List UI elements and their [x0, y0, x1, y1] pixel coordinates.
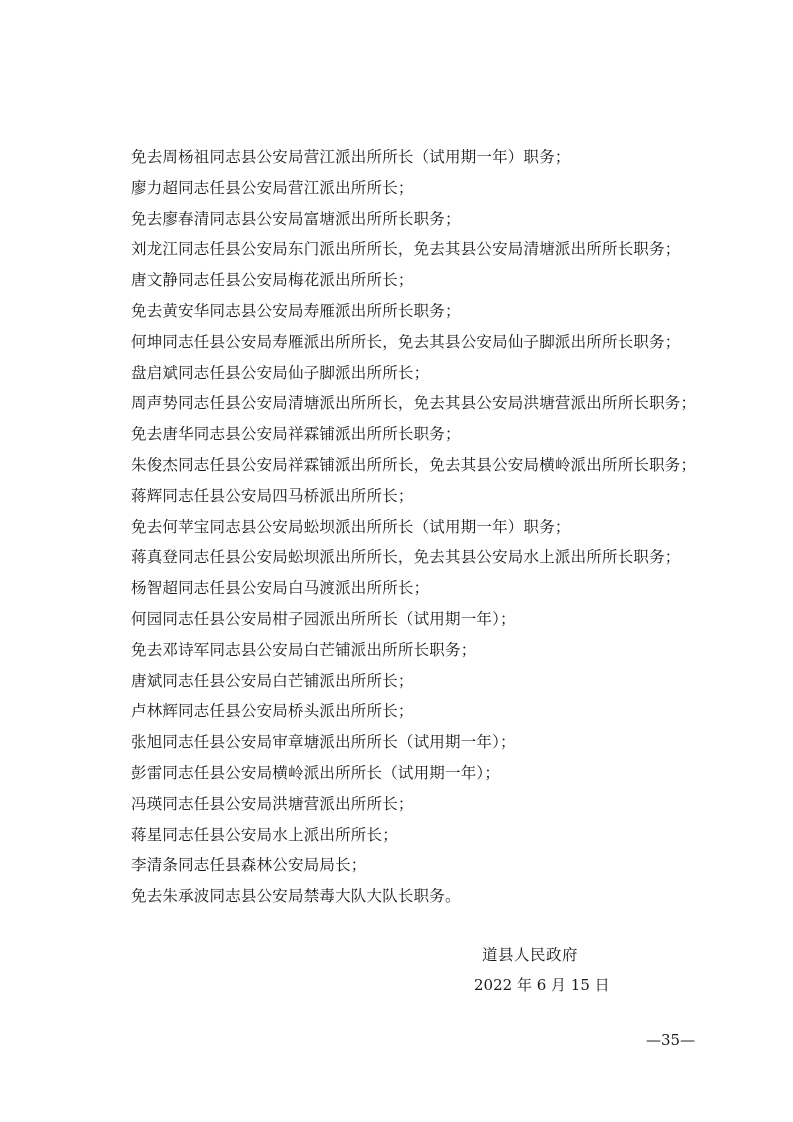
appointment-line: 周声势同志任县公安局清塘派出所所长，免去其县公安局洪塘营派出所所长职务；: [131, 392, 731, 423]
appointment-line: 蒋辉同志任县公安局四马桥派出所所长；: [131, 485, 731, 516]
appointment-line: 刘龙江同志任县公安局东门派出所所长，免去其县公安局清塘派出所所长职务；: [131, 238, 731, 269]
appointment-line: 何园同志任县公安局柑子园派出所所长（试用期一年）；: [131, 608, 731, 639]
appointment-line: 彭雷同志任县公安局横岭派出所所长（试用期一年）；: [131, 762, 731, 793]
appointment-line: 免去唐华同志县公安局祥霖铺派出所所长职务；: [131, 423, 731, 454]
issuer-signature: 道县人民政府: [482, 944, 578, 966]
appointment-line: 张旭同志任县公安局审章塘派出所所长（试用期一年）；: [131, 731, 731, 762]
appointment-line: 免去朱承波同志县公安局禁毒大队大队长职务。: [131, 885, 731, 916]
appointment-line: 唐斌同志任县公安局白芒铺派出所所长；: [131, 670, 731, 701]
appointment-line: 蒋星同志任县公安局水上派出所所长；: [131, 824, 731, 855]
appointment-line: 盘启斌同志任县公安局仙子脚派出所所长；: [131, 362, 731, 393]
appointment-line: 李清条同志任县森林公安局局长；: [131, 854, 731, 885]
appointment-line: 廖力超同志任县公安局营江派出所所长；: [131, 177, 731, 208]
appointment-line: 冯瑛同志任县公安局洪塘营派出所所长；: [131, 793, 731, 824]
appointment-line: 免去黄安华同志县公安局寿雁派出所所长职务；: [131, 300, 731, 331]
appointment-line: 免去周杨祖同志县公安局营江派出所所长（试用期一年）职务；: [131, 146, 731, 177]
appointment-line: 蒋真登同志任县公安局蚣坝派出所所长，免去其县公安局水上派出所所长职务；: [131, 546, 731, 577]
issue-date: 2022 年 6 月 15 日: [474, 974, 610, 996]
appointment-line: 免去何苹宝同志县公安局蚣坝派出所所长（试用期一年）职务；: [131, 516, 731, 547]
appointment-line: 免去廖春清同志县公安局富塘派出所所长职务；: [131, 208, 731, 239]
appointment-line: 朱俊杰同志任县公安局祥霖铺派出所所长，免去其县公安局横岭派出所所长职务；: [131, 454, 731, 485]
page-number: —35—: [646, 1029, 695, 1051]
appointment-list: 免去周杨祖同志县公安局营江派出所所长（试用期一年）职务； 廖力超同志任县公安局营…: [131, 146, 731, 916]
appointment-line: 唐文静同志任县公安局梅花派出所所长；: [131, 269, 731, 300]
appointment-line: 免去邓诗军同志县公安局白芒铺派出所所长职务；: [131, 639, 731, 670]
document-page: 免去周杨祖同志县公安局营江派出所所长（试用期一年）职务； 廖力超同志任县公安局营…: [0, 0, 793, 1122]
appointment-line: 何坤同志任县公安局寿雁派出所所长，免去其县公安局仙子脚派出所所长职务；: [131, 331, 731, 362]
appointment-line: 杨智超同志任县公安局白马渡派出所所长；: [131, 577, 731, 608]
appointment-line: 卢林辉同志任县公安局桥头派出所所长；: [131, 700, 731, 731]
